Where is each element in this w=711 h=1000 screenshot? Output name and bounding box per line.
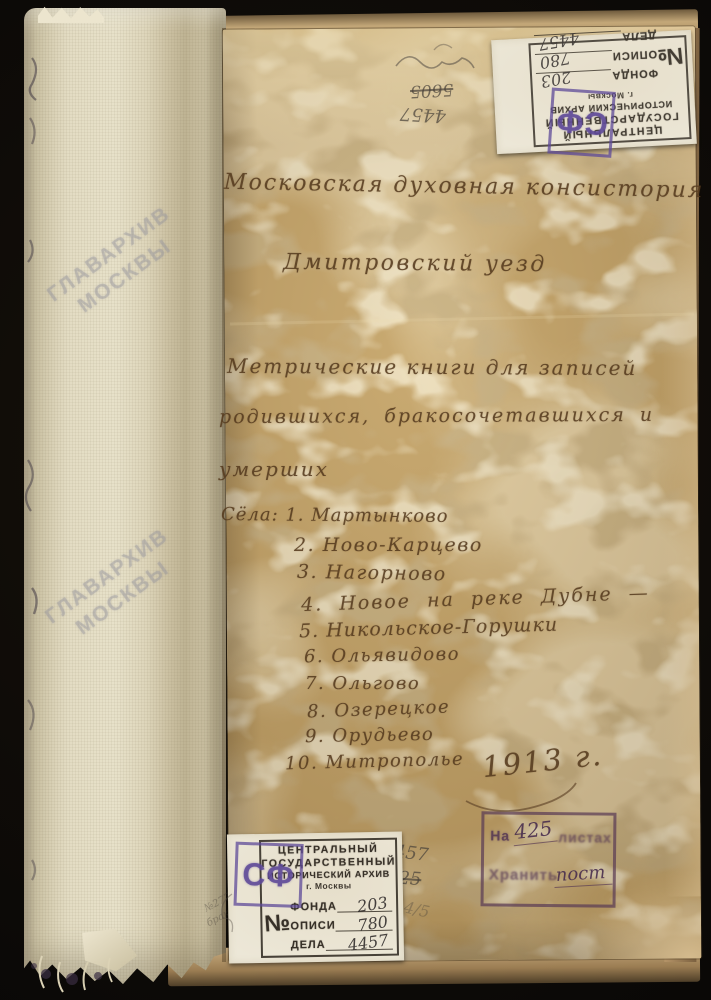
handwriting-births-marriages: родившихся, бракосочетавшихся и bbox=[219, 404, 654, 428]
sf-stamp: СФ bbox=[234, 842, 304, 908]
delo-row: ДЕЛА4457 bbox=[291, 931, 393, 952]
sheets-count: 425 bbox=[511, 815, 558, 846]
stamp-word-listah: листах bbox=[558, 829, 612, 846]
pencil-crossed-number: 5605 bbox=[410, 79, 454, 101]
village-line: Сёла: 1. Мартынково bbox=[221, 504, 449, 527]
village-line: 2. Ново-Карцево bbox=[294, 534, 483, 556]
number-sign: № bbox=[264, 909, 292, 938]
stamp-word-na: На bbox=[490, 827, 510, 843]
village-line: 9. Орудьево bbox=[305, 724, 435, 747]
handwriting-metric-books: Метрические книги для записей bbox=[227, 354, 637, 380]
worn-right-edge bbox=[659, 116, 700, 896]
handwriting-deaths: умерших bbox=[219, 457, 329, 481]
delo-number: 4457 bbox=[347, 930, 390, 954]
archive-label-top: ЦЕНТРАЛЬНЫЙ ГОСУДАРСТВЕННЫЙ ИСТОРИЧЕСКИЙ… bbox=[491, 30, 697, 154]
stamp-word-hranit: Хранить bbox=[489, 866, 559, 884]
sheets-count-stamp: На 425 листах Хранить пост bbox=[481, 811, 617, 907]
village-line: 3. Нагорново bbox=[297, 561, 447, 586]
archive-label-bottom: ЦЕНТРАЛЬНЫЙ ГОСУДАРСТВЕННЫЙ ИСТОРИЧЕСКИЙ… bbox=[227, 831, 404, 963]
handwriting-uyezd: Дмитровский уезд bbox=[283, 250, 547, 277]
pencil-delo-number: 4457 bbox=[399, 103, 446, 126]
cover-shading bbox=[223, 26, 701, 961]
photo-stage: ГЛАВАРХИВ МОСКВЫ ГЛАВАРХИВ МОСКВЫ bbox=[0, 0, 711, 1000]
sf-stamp: СФ bbox=[547, 88, 615, 158]
village-line: 7. Ольгово bbox=[305, 673, 420, 694]
book-spine bbox=[24, 8, 226, 988]
number-sign: № bbox=[656, 42, 685, 72]
stamp-word-post: пост bbox=[553, 862, 612, 888]
book-cover bbox=[223, 26, 701, 961]
village-line: 6. Ольявидово bbox=[304, 644, 460, 668]
